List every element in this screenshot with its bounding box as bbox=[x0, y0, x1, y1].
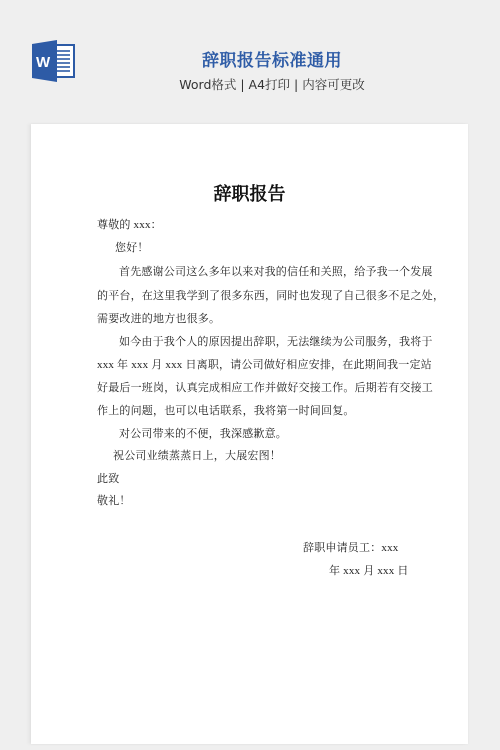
closing-line-1: 此致 bbox=[97, 470, 119, 486]
template-title: 辞职报告标准通用 bbox=[0, 46, 500, 71]
signature: 辞职申请员工：xxx bbox=[303, 539, 399, 555]
signature-date: 年 xxx 月 xxx 日 bbox=[329, 562, 409, 578]
body-line: xxx 年 xxx 月 xxx 日离职，请公司做好相应安排，在此期间我一定站 bbox=[97, 356, 432, 372]
body-line: 首先感谢公司这么多年以来对我的信任和关照，给予我一个发展 bbox=[119, 263, 433, 279]
body-line: 如今由于我个人的原因提出辞职，无法继续为公司服务，我将于 bbox=[119, 333, 433, 349]
body-line: 好最后一班岗，认真完成相应工作并做好交接工作。后期若有交接工 bbox=[97, 379, 433, 395]
body-line: 需要改进的地方也很多。 bbox=[97, 310, 220, 326]
closing-line-2: 敬礼！ bbox=[97, 492, 131, 508]
body-line: 作上的问题，也可以电话联系，我将第一时间回复。 bbox=[97, 402, 355, 418]
body-line: 的平台，在这里我学到了很多东西，同时也发现了自己很多不足之处， bbox=[97, 287, 444, 303]
greeting: 您好！ bbox=[115, 239, 149, 255]
salutation: 尊敬的 xxx： bbox=[97, 216, 162, 232]
body-line: 祝公司业绩蒸蒸日上，大展宏图！ bbox=[113, 447, 281, 463]
document-title: 辞职报告 bbox=[31, 180, 468, 206]
document-page: 辞职报告 尊敬的 xxx： 您好！ 首先感谢公司这么多年以来对我的信任和关照，给… bbox=[31, 124, 468, 744]
body-line: 对公司带来的不便，我深感歉意。 bbox=[119, 425, 287, 441]
template-subtitle: Word格式 | A4打印 | 内容可更改 bbox=[0, 75, 500, 93]
